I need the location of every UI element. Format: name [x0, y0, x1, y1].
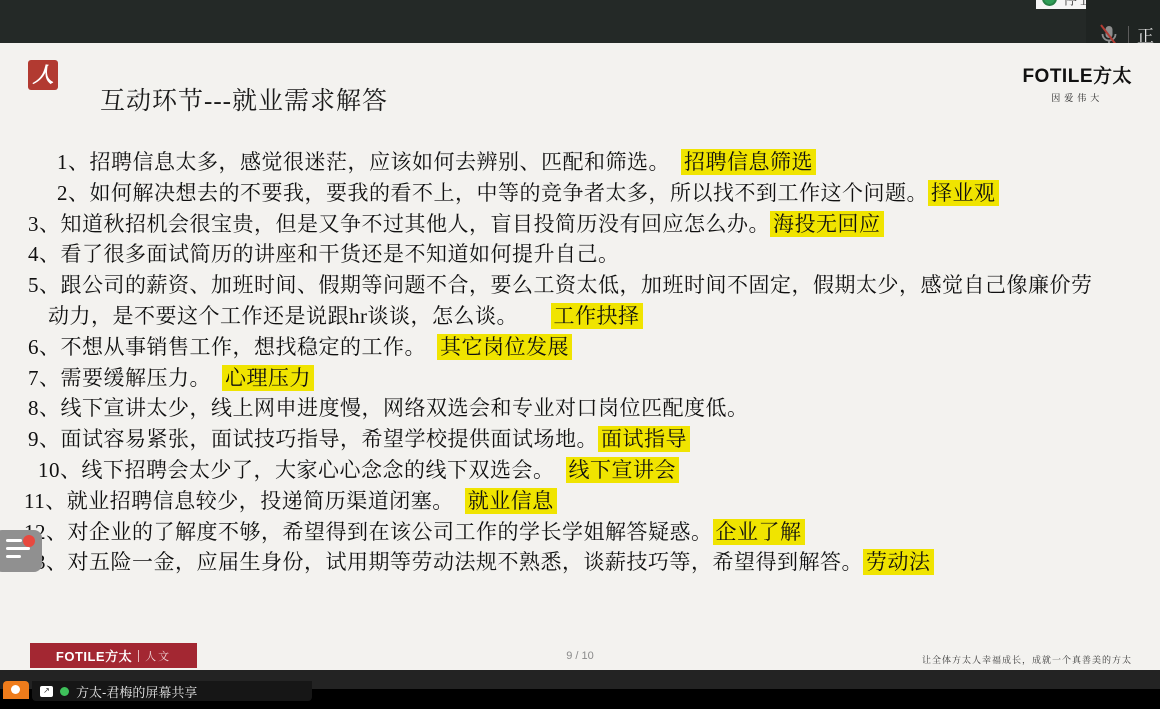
list-item-10: 10、线下招聘会太少了，大家心心念念的线下双选会。 线下宣讲会 — [0, 454, 1160, 485]
recording-status-icon — [1042, 0, 1057, 6]
list-item-2: 2、如何解决想去的不要我，要我的看不上，中等的竞争者太多，所以找不到工作这个问题… — [0, 177, 1160, 208]
list-item-7: 7、需要缓解压力。 心理压力 — [0, 362, 1160, 393]
screen-share-label: 方太-君梅的屏幕共享 — [76, 682, 197, 701]
list-item-8: 8、线下宣讲太少，线上网申进度慢，网络双选会和专业对口岗位匹配度低。 — [0, 392, 1160, 423]
highlight-tag: 面试指导 — [598, 426, 690, 452]
list-item-4: 4、看了很多面试简历的讲座和干货还是不知道如何提升自己。 — [0, 238, 1160, 269]
list-item-11: 11、就业招聘信息较少，投递简历渠道闭塞。 就业信息 — [0, 485, 1160, 516]
highlight-tag: 心理压力 — [222, 365, 314, 391]
list-item-5b: 动力，是不要这个工作还是说跟hr谈谈，怎么谈。 工作抉择 — [0, 300, 1160, 331]
highlight-tag: 就业信息 — [465, 488, 557, 514]
qa-list: 1、招聘信息太多，感觉很迷茫，应该如何去辨别、匹配和筛选。 招聘信息筛选 2、如… — [0, 146, 1160, 577]
share-screen-icon: ↗ — [40, 686, 53, 697]
shared-slide: 人 互动环节---就业需求解答 FOTILE方太 因爱伟大 1、招聘信息太多，感… — [0, 43, 1160, 670]
footer-slogan: 让全体方太人幸福成长，成就一个真善美的方太 — [922, 653, 1132, 666]
highlight-tag: 其它岗位发展 — [437, 334, 572, 360]
highlight-tag: 劳动法 — [863, 549, 934, 575]
highlight-tag: 线下宣讲会 — [566, 457, 680, 483]
fotile-brand-block: FOTILE方太 因爱伟大 — [1022, 61, 1132, 104]
list-item-12: 12、对企业的了解度不够，希望得到在该公司工作的学长学姐解答疑惑。企业了解 — [0, 516, 1160, 547]
recording-indicator-icon[interactable] — [3, 681, 29, 699]
logo-glyph: 人 — [33, 59, 54, 89]
chat-notification-badge[interactable] — [0, 530, 42, 572]
screen-share-toolbar[interactable]: ↗ 方太-君梅的屏幕共享 — [32, 681, 312, 701]
highlight-tag: 工作抉择 — [551, 303, 643, 329]
fotile-ren-logo-icon: 人 — [28, 60, 58, 90]
list-line-icon — [6, 547, 30, 550]
list-line-icon — [6, 555, 21, 558]
list-line-icon — [6, 539, 22, 542]
notification-dot-icon — [23, 535, 35, 547]
list-item-5: 5、跟公司的薪资、加班时间、假期等问题不合，要么工资太低，加班时间不固定，假期太… — [0, 269, 1160, 300]
slide-title: 互动环节---就业需求解答 — [100, 81, 388, 117]
highlight-tag: 择业观 — [928, 180, 999, 206]
list-item-9: 9、面试容易紧张，面试技巧指导，希望学校提供面试场地。面试指导 — [0, 423, 1160, 454]
fotile-brand-slogan: 因爱伟大 — [1022, 91, 1132, 104]
record-dot-icon — [11, 685, 20, 694]
meeting-top-bar — [0, 0, 1160, 43]
list-item-1: 1、招聘信息太多，感觉很迷茫，应该如何去辨别、匹配和筛选。 招聘信息筛选 — [0, 146, 1160, 177]
fotile-logo-text: FOTILE方太 — [1022, 61, 1132, 88]
highlight-tag: 企业了解 — [713, 519, 805, 545]
highlight-tag: 招聘信息筛选 — [681, 149, 816, 175]
highlight-tag: 海投无回应 — [770, 211, 884, 237]
list-item-13: 13、对五险一金，应届生身份，试用期等劳动法规不熟悉，谈薪技巧等，希望得到解答。… — [0, 546, 1160, 577]
presenter-status-icon — [60, 687, 69, 696]
list-item-6: 6、不想从事销售工作，想找稳定的工作。 其它岗位发展 — [0, 331, 1160, 362]
list-item-3: 3、知道秋招机会很宝贵，但是又争不过其他人，盲目投简历没有回应怎么办。海投无回应 — [0, 208, 1160, 239]
